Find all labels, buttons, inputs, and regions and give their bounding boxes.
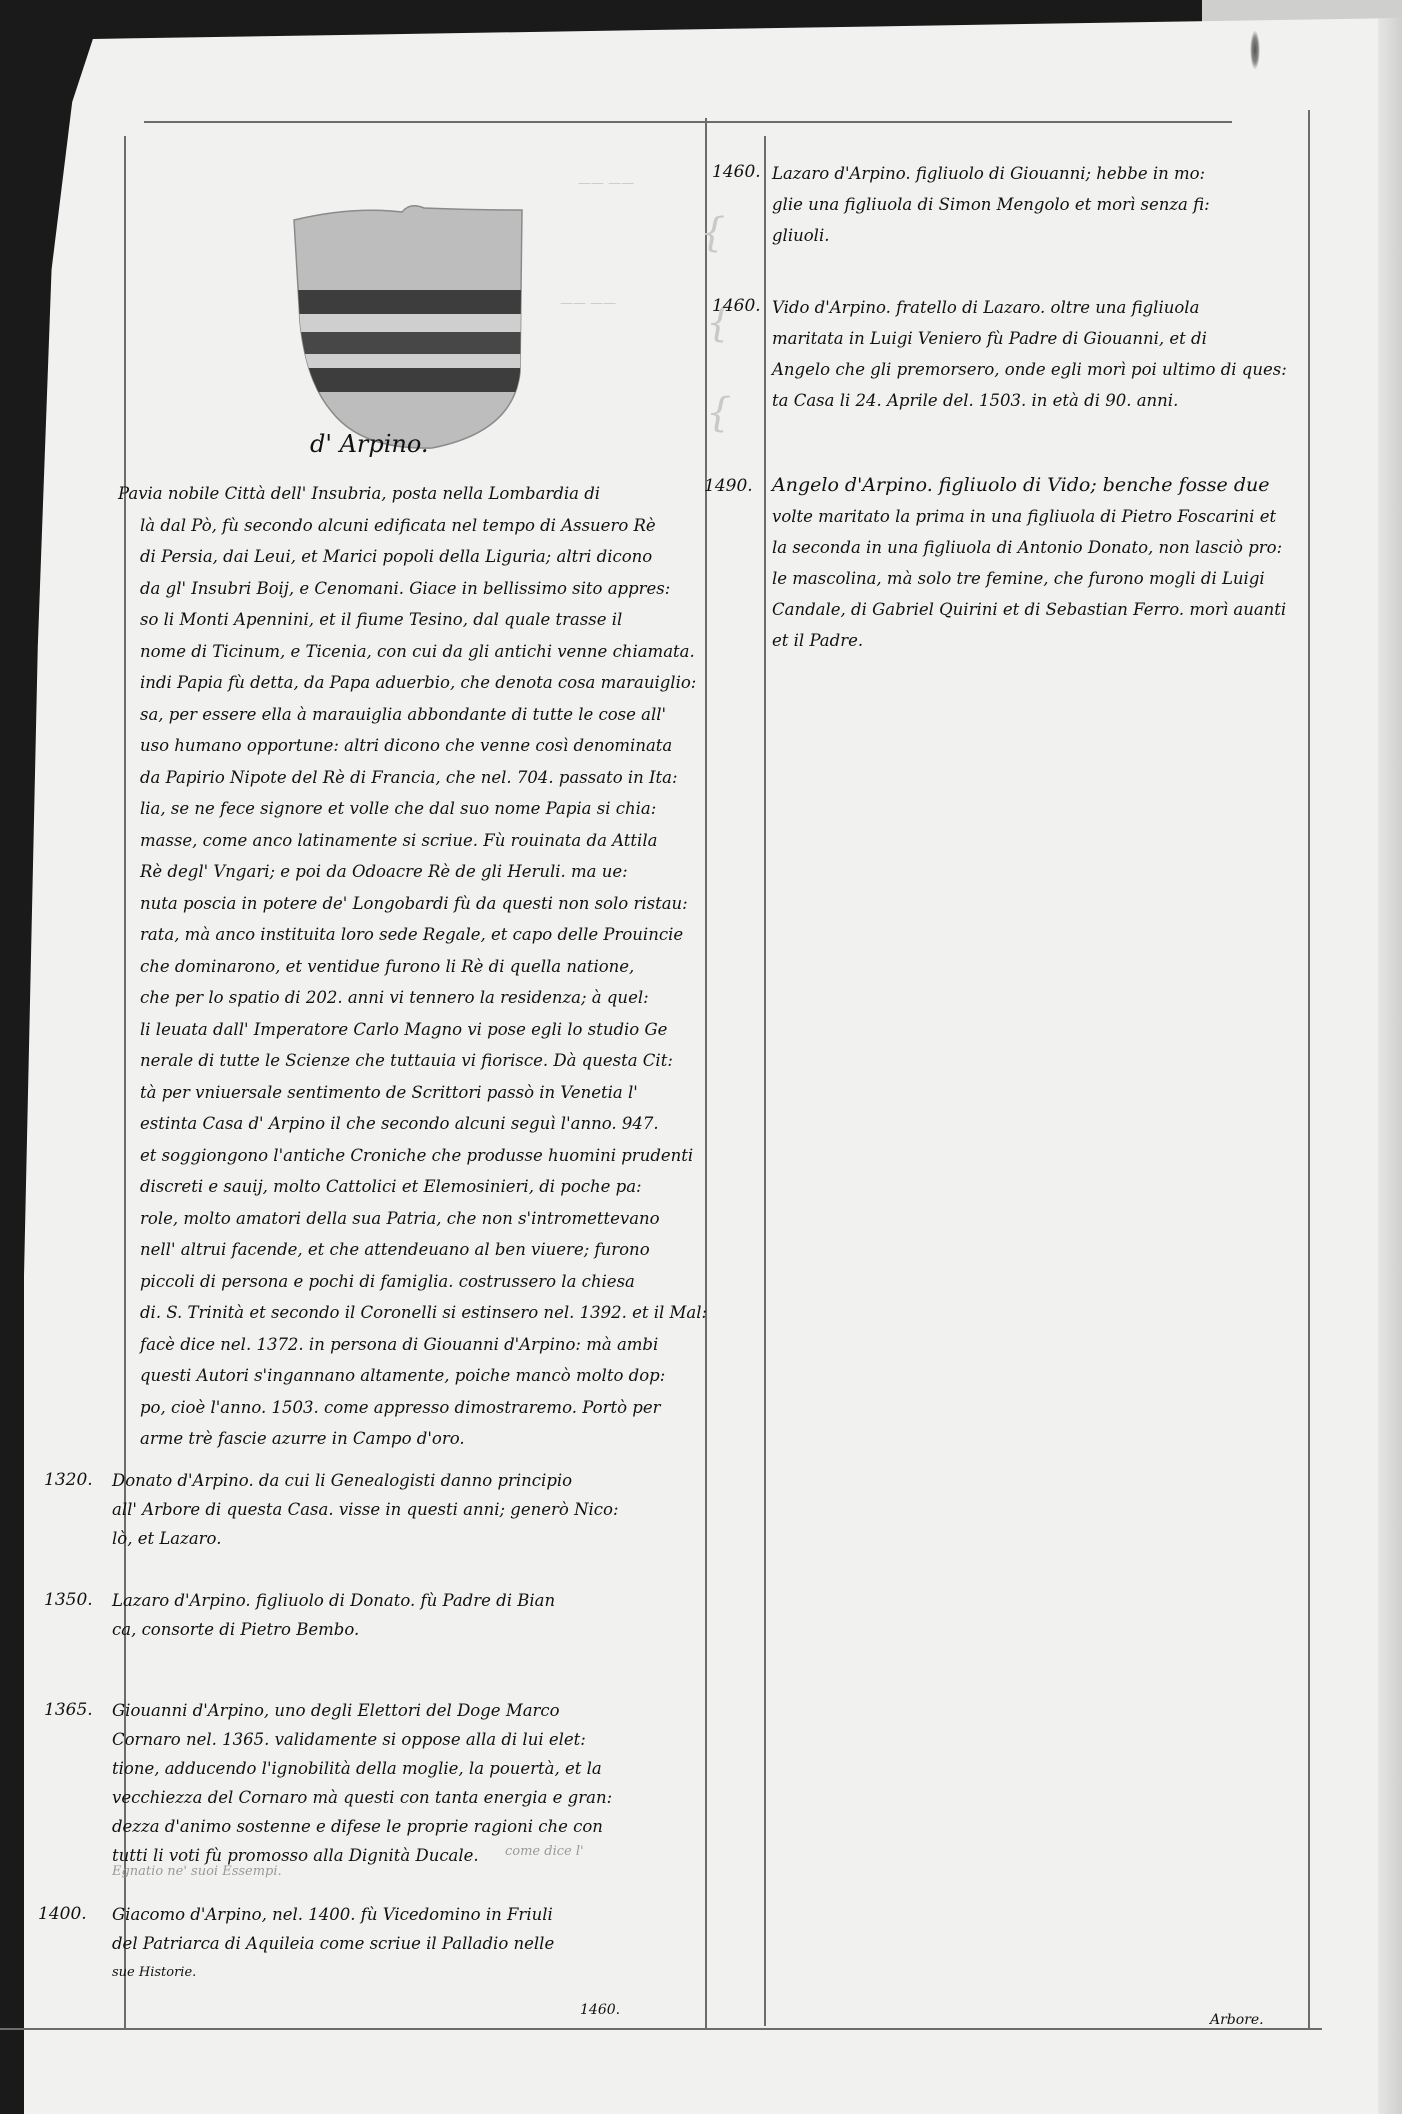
- text-line: estinta Casa d' Arpino il che secondo al…: [118, 1108, 707, 1140]
- text-line: nome di Ticinum, e Ticenia, con cui da g…: [118, 636, 707, 668]
- text-line: po, cioè l'anno. 1503. come appresso dim…: [118, 1392, 707, 1424]
- entry-date: 1460.: [712, 296, 761, 316]
- text-line: glie una figliuola di Simon Mengolo et m…: [772, 189, 1210, 220]
- entry-text: Angelo d'Arpino. figliuolo di Vido; benc…: [772, 470, 1286, 656]
- text-line: masse, come anco latinamente si scriue. …: [118, 825, 707, 857]
- text-line: facè dice nel. 1372. in persona di Gioua…: [118, 1329, 707, 1361]
- intro-paragraph: Pavia nobile Città dell' Insubria, posta…: [118, 478, 707, 1455]
- family-heading: d' Arpino.: [310, 430, 429, 458]
- bleed-through-text: —— ——: [578, 176, 634, 191]
- text-line: gliuoli.: [772, 220, 1210, 251]
- text-line: sa, per essere ella à marauiglia abbonda…: [118, 699, 707, 731]
- text-line: dezza d'animo sostenne e difese le propr…: [112, 1812, 612, 1841]
- text-line: le mascolina, mà solo tre femine, che fu…: [772, 563, 1286, 594]
- entry-text: Donato d'Arpino. da cui li Genealogisti …: [112, 1466, 619, 1553]
- text-line: di Persia, dai Leui, et Marici popoli de…: [118, 541, 707, 573]
- text-line: Pavia nobile Città dell' Insubria, posta…: [118, 478, 707, 510]
- entry-text: Lazaro d'Arpino. figliuolo di Donato. fù…: [112, 1586, 555, 1644]
- text-line: vecchiezza del Cornaro mà questi con tan…: [112, 1783, 612, 1812]
- entry-date: 1365.: [44, 1700, 93, 1720]
- entry-text: Vido d'Arpino. fratello di Lazaro. oltre…: [772, 292, 1287, 416]
- text-line: indi Papia fù detta, da Papa aduerbio, c…: [118, 667, 707, 699]
- text-line: tà per vniuersale sentimento de Scrittor…: [118, 1077, 707, 1109]
- bleed-through-text: {: [706, 390, 731, 436]
- entry-date: 1320.: [44, 1470, 93, 1490]
- bottom-rule: [0, 2028, 1322, 2030]
- text-line: lò, et Lazaro.: [112, 1524, 619, 1553]
- text-line: Rè degl' Vngari; e poi da Odoacre Rè de …: [118, 856, 707, 888]
- text-line: all' Arbore di questa Casa. visse in que…: [112, 1495, 619, 1524]
- text-line: che dominarono, et ventidue furono li Rè…: [118, 951, 707, 983]
- text-line: Lazaro d'Arpino. figliuolo di Donato. fù…: [112, 1586, 555, 1615]
- text-line: et soggiongono l'antiche Croniche che pr…: [118, 1140, 707, 1172]
- text-line: nuta poscia in potere de' Longobardi fù …: [118, 888, 707, 920]
- text-line: da gl' Insubri Boij, e Cenomani. Giace i…: [118, 573, 707, 605]
- entry-text: Lazaro d'Arpino. figliuolo di Giouanni; …: [772, 158, 1210, 251]
- text-line: maritata in Luigi Veniero fù Padre di Gi…: [772, 323, 1287, 354]
- footer-label: Arbore.: [1210, 2012, 1264, 2028]
- text-line: role, molto amatori della sua Patria, ch…: [118, 1203, 707, 1235]
- text-line: sue Historie.: [112, 1958, 554, 1987]
- text-line: che per lo spatio di 202. anni vi tenner…: [118, 982, 707, 1014]
- text-line: questi Autori s'ingannano altamente, poi…: [118, 1360, 707, 1392]
- entry-text: Giacomo d'Arpino, nel. 1400. fù Vicedomi…: [112, 1900, 554, 1987]
- catchword: 1460.: [580, 2002, 620, 2018]
- text-line: arme trè fascie azurre in Campo d'oro.: [118, 1423, 707, 1455]
- text-line: discreti e sauij, molto Cattolici et Ele…: [118, 1171, 707, 1203]
- text-line: volte maritato la prima in una figliuola…: [772, 501, 1286, 532]
- text-line: di. S. Trinità et secondo il Coronelli s…: [118, 1297, 707, 1329]
- bleed-through-text: —— ——: [560, 296, 616, 311]
- text-line: Angelo d'Arpino. figliuolo di Vido; benc…: [772, 470, 1286, 501]
- text-line: ca, consorte di Pietro Bembo.: [112, 1615, 555, 1644]
- text-line: nerale di tutte le Scienze che tuttauia …: [118, 1045, 707, 1077]
- page-edge-shadow: [1378, 18, 1402, 2114]
- entry-date: 1350.: [44, 1590, 93, 1610]
- later-annotation: Egnatio ne' suoi Essempi.: [112, 1862, 282, 1882]
- entry-date: 1490.: [704, 476, 753, 496]
- text-line: là dal Pò, fù secondo alcuni edificata n…: [118, 510, 707, 542]
- text-line: so li Monti Apennini, et il fiume Tesino…: [118, 604, 707, 636]
- right-column-right-border: [1308, 110, 1310, 2030]
- coat-of-arms-shield-icon: [292, 202, 524, 452]
- text-line: lia, se ne fece signore et volle che dal…: [118, 793, 707, 825]
- text-line: Donato d'Arpino. da cui li Genealogisti …: [112, 1466, 619, 1495]
- ink-blot: [1250, 30, 1260, 70]
- text-line: la seconda in una figliuola di Antonio D…: [772, 532, 1286, 563]
- later-annotation: come dice l': [505, 1842, 584, 1862]
- text-line: Lazaro d'Arpino. figliuolo di Giouanni; …: [772, 158, 1210, 189]
- entry-date: 1400.: [38, 1904, 87, 1924]
- text-line: ta Casa li 24. Aprile del. 1503. in età …: [772, 385, 1287, 416]
- text-line: del Patriarca di Aquileia come scriue il…: [112, 1929, 554, 1958]
- text-line: da Papirio Nipote del Rè di Francia, che…: [118, 762, 707, 794]
- text-line: Vido d'Arpino. fratello di Lazaro. oltre…: [772, 292, 1287, 323]
- text-line: Cornaro nel. 1365. validamente si oppose…: [112, 1725, 612, 1754]
- text-line: nell' altrui facende, et che attendeuano…: [118, 1234, 707, 1266]
- right-column-left-border: [764, 136, 766, 2026]
- text-line: et il Padre.: [772, 625, 1286, 656]
- text-line: Angelo che gli premorsero, onde egli mor…: [772, 354, 1287, 385]
- text-line: tione, adducendo l'ignobilità della mogl…: [112, 1754, 612, 1783]
- text-line: li leuata dall' Imperatore Carlo Magno v…: [118, 1014, 707, 1046]
- text-line: Giacomo d'Arpino, nel. 1400. fù Vicedomi…: [112, 1900, 554, 1929]
- bleed-through-text: {: [700, 210, 725, 256]
- text-line: uso humano opportune: altri dicono che v…: [118, 730, 707, 762]
- top-rule: [144, 121, 1232, 123]
- text-line: rata, mà anco instituita loro sede Regal…: [118, 919, 707, 951]
- text-line: Giouanni d'Arpino, uno degli Elettori de…: [112, 1696, 612, 1725]
- text-line: Candale, di Gabriel Quirini et di Sebast…: [772, 594, 1286, 625]
- entry-date: 1460.: [712, 162, 761, 182]
- text-line: piccoli di persona e pochi di famiglia. …: [118, 1266, 707, 1298]
